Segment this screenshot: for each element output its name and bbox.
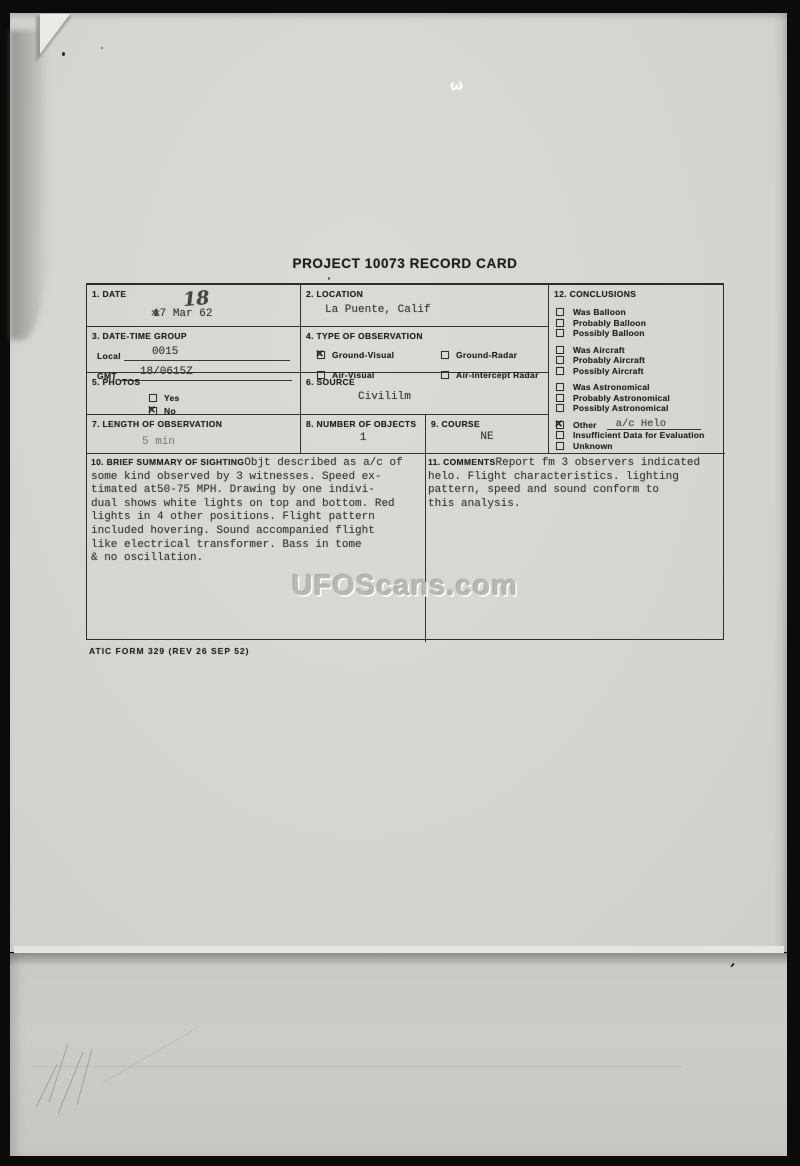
- field-conclusions-label: 12. CONCLUSIONS: [549, 285, 725, 299]
- scan-speck: [328, 277, 330, 280]
- field-source-label: 6. SOURCE: [301, 373, 548, 387]
- dtg-local-line: 0015: [124, 348, 290, 361]
- dog-ear-corner: [40, 14, 70, 54]
- field-location: 2. LOCATION La Puente, Calif: [301, 285, 549, 327]
- conclusion-label: Insufficient Data for Evaluation: [573, 430, 705, 440]
- option-ground-visual: Ground-Visual: [317, 350, 441, 360]
- checkbox-icon: [149, 407, 157, 415]
- conclusion-row: Possibly Aircraft: [549, 366, 725, 377]
- field-date-time-group: 3. DATE-TIME GROUP Local 0015 GMT 18/061…: [87, 327, 301, 373]
- checkbox-icon: [556, 356, 564, 364]
- other-value: a/c Helo: [616, 418, 666, 432]
- field-photos-label: 5. PHOTOS: [87, 373, 300, 387]
- conclusion-row: Insufficient Data for Evaluation: [549, 430, 725, 441]
- field-source: 6. SOURCE Civililm: [301, 373, 549, 415]
- conclusion-label: Possibly Astronomical: [573, 403, 669, 413]
- field-summary-label: 10. BRIEF SUMMARY OF SIGHTING: [91, 457, 244, 467]
- checkbox-icon: [556, 421, 564, 429]
- field-length-label: 7. LENGTH OF OBSERVATION: [87, 415, 300, 429]
- conclusion-row: Was Aircraft: [549, 345, 725, 356]
- conclusion-row: Probably Aircraft: [549, 355, 725, 366]
- conclusion-row: Unknown: [549, 441, 725, 452]
- paper-sheet-bottom: [10, 953, 787, 1156]
- scan-hairline: [32, 1066, 682, 1067]
- conclusions-group-balloon: Was Balloon Probably Balloon Possibly Ba…: [549, 307, 725, 339]
- objects-value: 1: [301, 432, 425, 446]
- field-dtg-label: 3. DATE-TIME GROUP: [87, 327, 300, 341]
- checkbox-icon: [556, 367, 564, 375]
- location-value: La Puente, Calif: [325, 304, 431, 318]
- scan-speck: [62, 52, 65, 56]
- field-course: 9. COURSE NE: [426, 415, 549, 454]
- conclusions-group-astronomical: Was Astronomical Probably Astronomical P…: [549, 382, 725, 414]
- conclusion-row: Possibly Balloon: [549, 328, 725, 339]
- conclusion-label: Probably Astronomical: [573, 393, 670, 403]
- checkbox-icon: [149, 394, 157, 402]
- form-number: ATIC FORM 329 (REV 26 SEP 52): [89, 646, 249, 656]
- conclusion-label: Unknown: [573, 441, 613, 451]
- sheet-edge-highlight: [14, 946, 784, 953]
- other-value-line: a/c Helo: [607, 419, 701, 430]
- option-label: Ground-Visual: [332, 350, 394, 360]
- page-title: PROJECT 10073 RECORD CARD: [86, 256, 724, 271]
- sheet-edge-shadow: [10, 953, 787, 966]
- option-label: Yes: [164, 393, 180, 403]
- course-value: NE: [426, 431, 548, 445]
- field-length-of-observation: 7. LENGTH OF OBSERVATION 5 min: [87, 415, 301, 454]
- dtg-local-label: Local: [97, 351, 121, 361]
- checkbox-icon: [556, 346, 564, 354]
- length-value: 5 min: [142, 436, 175, 450]
- date-typed-value: 17 Mar 62: [153, 308, 212, 322]
- date-struck-day: 17: [153, 308, 166, 322]
- conclusion-label: Was Balloon: [573, 307, 626, 317]
- checkbox-icon: [556, 431, 564, 439]
- checkbox-icon: [556, 404, 564, 412]
- option-label: Ground-Radar: [456, 350, 517, 360]
- checkbox-icon: [556, 442, 564, 450]
- conclusion-label: Was Aircraft: [573, 345, 625, 355]
- field-course-label: 9. COURSE: [426, 415, 548, 429]
- conclusion-label: Other: [573, 420, 597, 430]
- checkbox-icon: [556, 308, 564, 316]
- conclusion-row: Possibly Astronomical: [549, 403, 725, 414]
- option-photos-yes: Yes: [149, 393, 300, 403]
- checkbox-icon: [556, 319, 564, 327]
- conclusion-label: Probably Aircraft: [573, 355, 645, 365]
- conclusion-row: Probably Astronomical: [549, 393, 725, 404]
- white-pen-mark: [449, 75, 464, 94]
- checkbox-icon: [556, 329, 564, 337]
- field-date: 1. DATE 18 17 Mar 62: [87, 285, 301, 327]
- checkbox-icon: [556, 383, 564, 391]
- conclusion-label: Probably Balloon: [573, 318, 646, 328]
- field-photos: 5. PHOTOS Yes No: [87, 373, 301, 415]
- conclusion-label: Possibly Aircraft: [573, 366, 644, 376]
- dtg-local-value: 0015: [152, 346, 178, 360]
- field-objects-label: 8. NUMBER OF OBJECTS: [301, 415, 425, 429]
- checkbox-icon: [317, 351, 325, 359]
- scan-speck: [101, 47, 103, 49]
- conclusions-list: Was Balloon Probably Balloon Possibly Ba…: [549, 299, 725, 451]
- conclusion-label: Possibly Balloon: [573, 328, 645, 338]
- dtg-local-row: Local 0015: [87, 348, 300, 361]
- option-ground-radar: Ground-Radar: [441, 350, 548, 360]
- checkbox-icon: [441, 351, 449, 359]
- field-conclusions: 12. CONCLUSIONS Was Balloon Probably Bal…: [549, 285, 725, 454]
- field-brief-summary: 10. BRIEF SUMMARY OF SIGHTINGObjt descri…: [87, 454, 426, 642]
- field-type-of-observation: 4. TYPE OF OBSERVATION Ground-Visual Gro…: [301, 327, 549, 373]
- photos-options: Yes No: [87, 387, 300, 416]
- conclusion-row: Probably Balloon: [549, 318, 725, 329]
- conclusion-row-other: Othera/c Helo: [549, 420, 725, 431]
- field-location-label: 2. LOCATION: [301, 285, 548, 299]
- date-month-year: Mar 62: [173, 308, 213, 320]
- field-comments-label: 11. COMMENTS: [428, 457, 496, 467]
- conclusions-group-other: Othera/c Helo Insufficient Data for Eval…: [549, 420, 725, 452]
- watermark-text: UFOScans.com: [86, 570, 724, 603]
- conclusion-row: Was Balloon: [549, 307, 725, 318]
- conclusion-label: Was Astronomical: [573, 382, 650, 392]
- source-value: Civililm: [358, 391, 411, 405]
- field-number-of-objects: 8. NUMBER OF OBJECTS 1: [301, 415, 426, 454]
- scanned-document: PROJECT 10073 RECORD CARD 1. DATE 18 17 …: [0, 0, 800, 1166]
- conclusions-group-aircraft: Was Aircraft Probably Aircraft Possibly …: [549, 345, 725, 377]
- conclusion-row: Was Astronomical: [549, 382, 725, 393]
- field-comments: 11. COMMENTSReport fm 3 observers indica…: [426, 454, 725, 642]
- summary-value: Objt described as a/c of some kind obser…: [91, 457, 403, 564]
- checkbox-icon: [556, 394, 564, 402]
- field-type-label: 4. TYPE OF OBSERVATION: [301, 327, 548, 341]
